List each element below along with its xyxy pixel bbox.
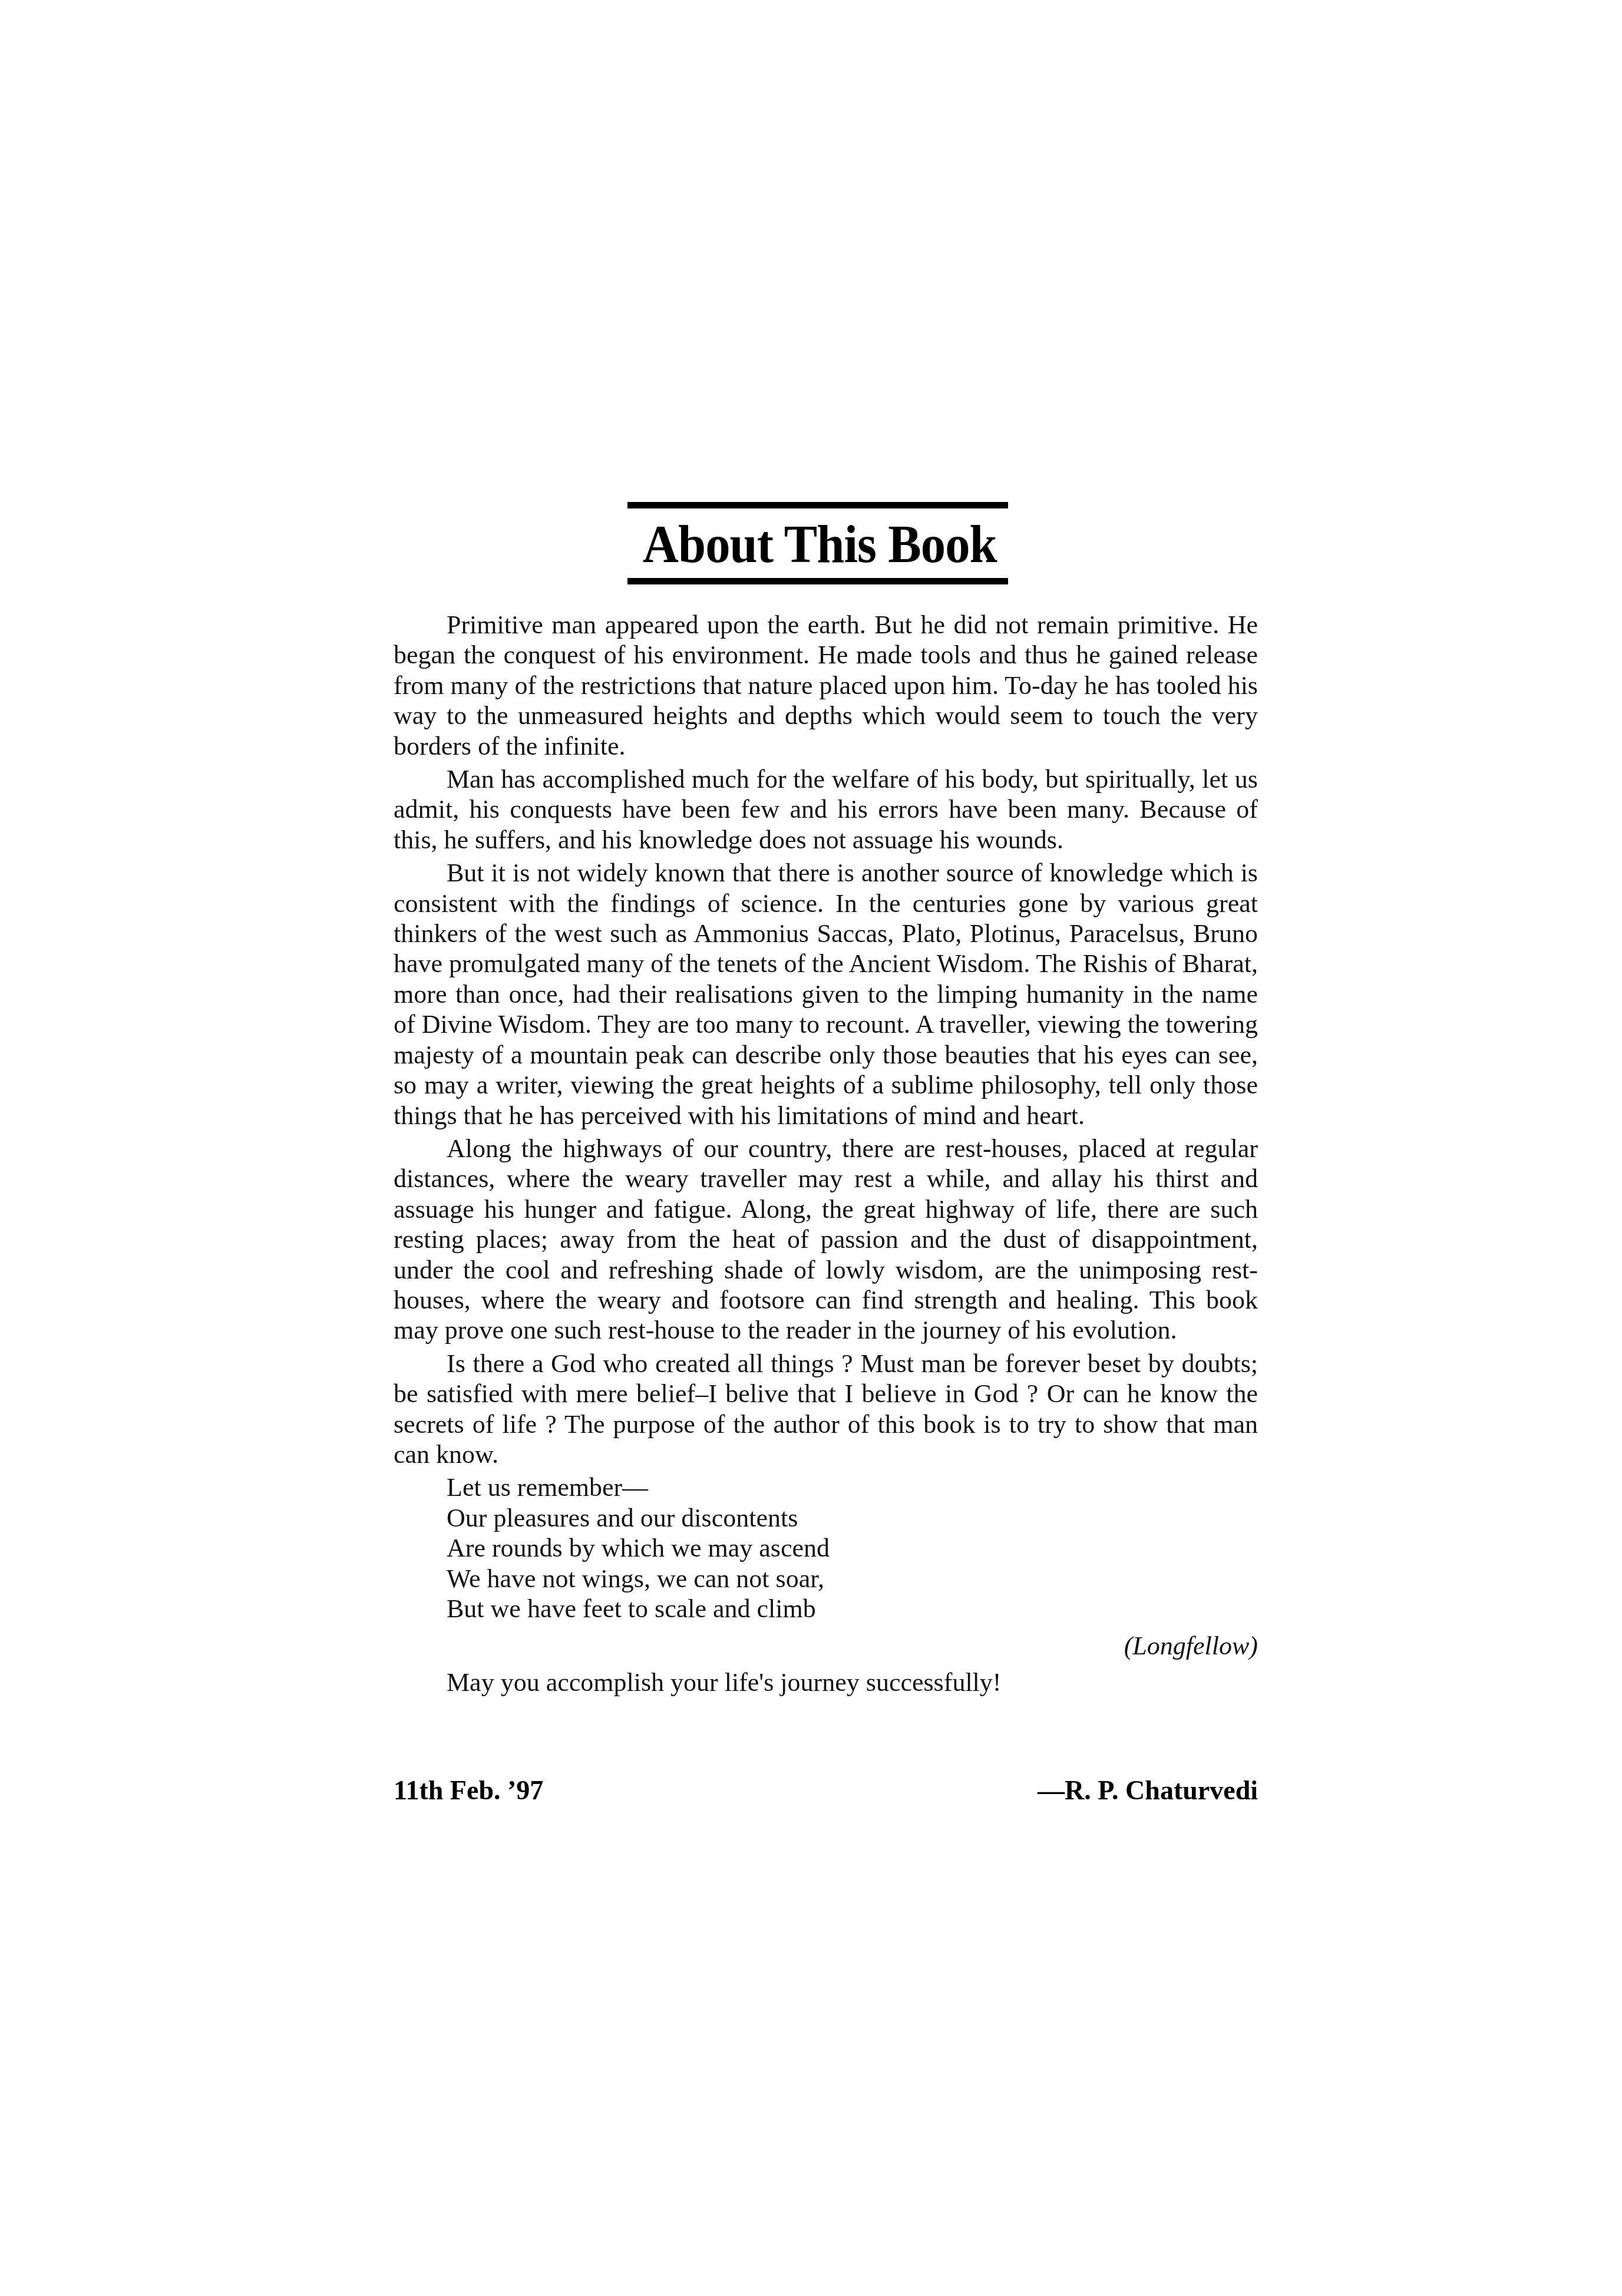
page-title: About This Book: [643, 517, 993, 571]
signoff-author: —R. P. Chaturvedi: [1038, 1776, 1258, 1805]
signoff-date: 11th Feb. ’97: [394, 1776, 543, 1805]
book-page: About This Book Primitive man appeared u…: [0, 0, 1622, 2296]
poem-intro: Let us remember—: [394, 1472, 1258, 1502]
paragraph: But it is not widely known that there is…: [394, 858, 1258, 1131]
body-text: Primitive man appeared upon the earth. B…: [394, 610, 1258, 1697]
poem-attribution: (Longfellow): [394, 1631, 1258, 1661]
closing-line: May you accomplish your life's journey s…: [394, 1667, 1258, 1697]
heading-bottom-rule: [627, 578, 1008, 584]
poem-line: But we have feet to scale and climb: [394, 1594, 1258, 1624]
paragraph: Primitive man appeared upon the earth. B…: [394, 610, 1258, 761]
poem-line: We have not wings, we can not soar,: [394, 1564, 1258, 1594]
paragraph: Along the highways of our country, there…: [394, 1134, 1258, 1346]
poem-line: Are rounds by which we may ascend: [394, 1533, 1258, 1563]
poem: Our pleasures and our discontents Are ro…: [394, 1503, 1258, 1624]
signoff: 11th Feb. ’97 —R. P. Chaturvedi: [394, 1776, 1258, 1805]
heading-top-rule: [627, 502, 1008, 508]
paragraph: Man has accomplished much for the welfar…: [394, 764, 1258, 855]
heading-block: About This Book: [627, 502, 1008, 584]
poem-line: Our pleasures and our discontents: [394, 1503, 1258, 1533]
paragraph: Is there a God who created all things ? …: [394, 1349, 1258, 1470]
